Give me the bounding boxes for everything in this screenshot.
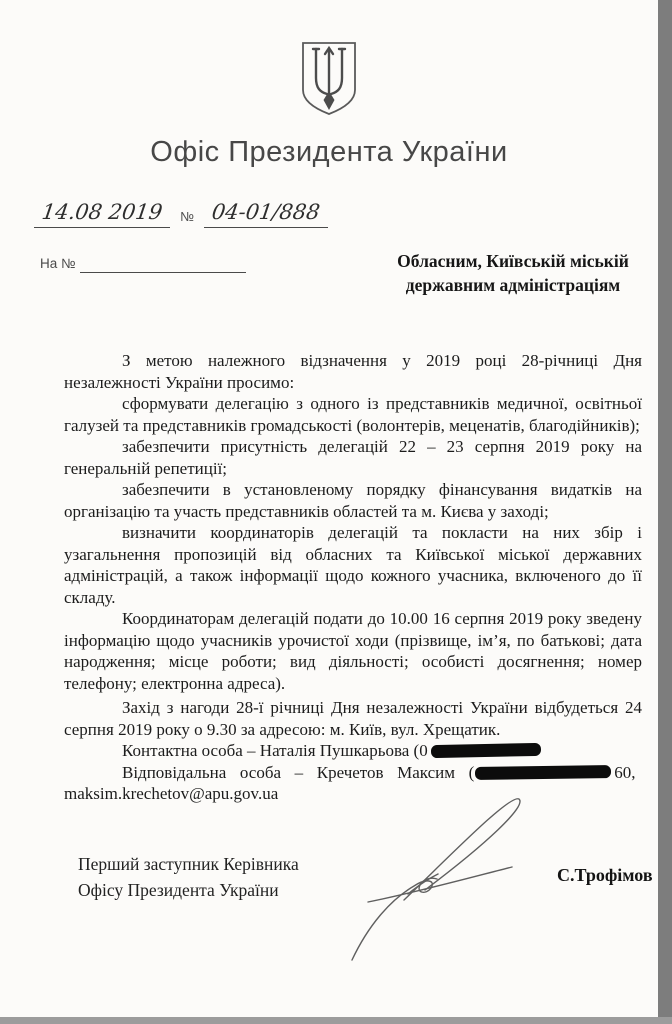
body-paragraph: З метою належного відзначення у 2019 роц… [64, 350, 642, 393]
signer-position: Перший заступник Керівника Офісу Президе… [78, 851, 299, 903]
redaction-remnant-text: 60, [614, 763, 635, 782]
handwritten-number: 04-01/888 [204, 200, 328, 228]
body-paragraph: сформувати делегацію з одного із предста… [64, 393, 642, 436]
reply-reference-row: На № [40, 256, 246, 273]
number-sign-label: № [180, 209, 194, 228]
reply-label: На № [40, 256, 76, 273]
signer-position-line: Офісу Президента України [78, 877, 299, 903]
letter-body: З метою належного відзначення у 2019 роц… [64, 350, 642, 805]
contact-person-line: Контактна особа – Наталія Пушкарьова (0 [64, 740, 642, 762]
scan-edge-bottom [0, 1017, 672, 1024]
trident-emblem-icon [300, 40, 358, 117]
body-paragraph: Захід з нагоди 28-ї річниці Дня незалежн… [64, 697, 642, 740]
signer-position-line: Перший заступник Керівника [78, 851, 299, 877]
body-paragraph: визначити координаторів делегацій та пок… [64, 522, 642, 608]
recipient-line: державним адміністраціям [382, 273, 644, 297]
recipient-line: Обласним, Київській міській [382, 249, 644, 273]
handwritten-date: 14.08 2019 [34, 200, 170, 228]
body-paragraph: забезпечити в установленому порядку фіна… [64, 479, 642, 522]
handwritten-signature-icon [330, 778, 550, 978]
body-paragraph: забезпечити присутність делегацій 22 – 2… [64, 436, 642, 479]
body-paragraph: Координаторам делегацій подати до 10.00 … [64, 608, 642, 694]
recipient-block: Обласним, Київській міській державним ад… [382, 249, 644, 297]
scanned-letter-page: Офіс Президента України 14.08 2019 № 04-… [0, 0, 672, 1024]
contact-person-text: Контактна особа – Наталія Пушкарьова (0 [122, 741, 428, 760]
scan-edge-right [658, 0, 672, 1024]
signer-name: С.Трофімов [557, 865, 653, 886]
redaction-bar [431, 743, 541, 758]
reference-row: 14.08 2019 № 04-01/888 [34, 200, 328, 228]
letterhead-title: Офіс Президента України [0, 136, 658, 169]
reply-blank-line [80, 256, 246, 273]
